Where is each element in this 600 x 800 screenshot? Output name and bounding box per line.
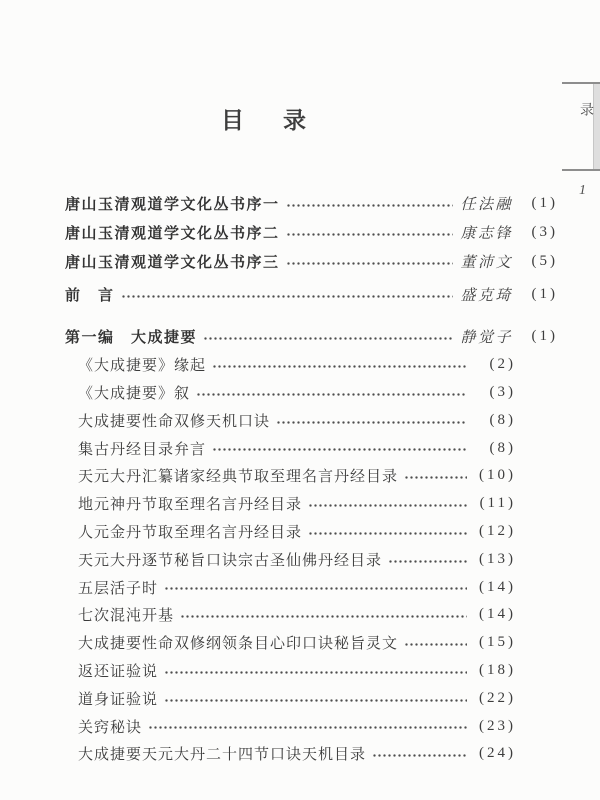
dotted-leader — [121, 280, 454, 309]
toc-entry-title: 人元金丹节取至理名言丹经目录 — [78, 521, 302, 542]
toc-entry-page: (15) — [474, 634, 516, 651]
toc-entry-page: (10) — [474, 467, 516, 484]
toc-entry: 大成捷要性命双修纲领条目心印口诀秘旨灵文 (15) — [65, 629, 555, 657]
toc-entry-page: (22) — [474, 690, 516, 707]
toc-entry: 道身证验说 (22) — [65, 684, 555, 712]
toc-entry: 人元金丹节取至理名言丹经目录 (12) — [65, 518, 555, 546]
toc-entry-title: 七次混沌开基 — [78, 604, 174, 625]
toc-entry-page: (3) — [516, 224, 558, 241]
toc-entry-page: (1) — [516, 328, 558, 345]
dotted-leader — [196, 379, 467, 407]
toc-entry-title: 五层活子时 — [78, 577, 158, 598]
toc-entry: 唐山玉清观道学文化丛书序一 任法融 (1) — [65, 189, 555, 218]
dotted-leader — [286, 247, 454, 276]
toc-entry-page: (13) — [474, 551, 516, 568]
dotted-leader — [164, 573, 467, 601]
toc-entry: 《大成捷要》缘起 (2) — [65, 351, 555, 379]
book-page: 目 录 唐山玉清观道学文化丛书序一 任法融 (1) 唐山玉清观道学文化丛书序二 … — [0, 0, 600, 800]
toc-entry-title: 大成捷要天元大丹二十四节口诀天机目录 — [78, 743, 366, 764]
toc-entry-title: 唐山玉清观道学文化丛书序二 — [65, 222, 280, 243]
toc-entry: 五层活子时 (14) — [65, 573, 555, 601]
toc-entry-page: (12) — [474, 523, 516, 540]
toc-entry-title: 《大成捷要》叙 — [78, 382, 190, 403]
toc-entry-page: (14) — [474, 579, 516, 596]
dotted-leader — [203, 323, 453, 351]
toc-entry-page: (2) — [474, 356, 516, 373]
dotted-leader — [180, 601, 467, 629]
toc-entry: 天元大丹汇纂诸家经典节取至理名言丹经目录 (10) — [65, 462, 555, 490]
toc-entry: 返还证验说 (18) — [65, 657, 555, 685]
toc-entry-title: 道身证验说 — [78, 688, 158, 709]
dotted-leader — [404, 629, 467, 657]
dotted-leader — [286, 189, 454, 218]
dotted-leader — [372, 740, 467, 768]
toc-entry-author: 静觉子 — [460, 326, 513, 347]
dotted-leader — [388, 545, 467, 573]
toc-entry: 七次混沌开基 (14) — [65, 601, 555, 629]
toc-entry-page: (8) — [474, 440, 516, 457]
toc-entry: 唐山玉清观道学文化丛书序三 董沛文 (5) — [65, 247, 555, 276]
dotted-leader — [404, 462, 467, 490]
dotted-leader — [286, 218, 454, 247]
toc-entry-page: (23) — [474, 718, 516, 735]
dotted-leader — [308, 490, 467, 518]
toc-entry-title: 关窍秘诀 — [78, 716, 142, 737]
page-title: 目 录 — [221, 102, 314, 135]
dotted-leader — [164, 657, 467, 685]
toc-entry: 大成捷要性命双修天机口诀 (8) — [65, 406, 555, 434]
folio-page-number: 1 — [579, 183, 586, 199]
toc-entry: 关窍秘诀 (23) — [65, 712, 555, 740]
toc-entry-page: (24) — [474, 745, 516, 762]
toc-list: 唐山玉清观道学文化丛书序一 任法融 (1) 唐山玉清观道学文化丛书序二 康志锋 … — [65, 189, 555, 768]
toc-entry-page: (14) — [474, 606, 516, 623]
toc-entry-page: (18) — [474, 662, 516, 679]
thumb-tab-label: 目录 — [575, 102, 600, 169]
toc-entry-title: 第一编 大成捷要 — [65, 326, 197, 347]
dotted-leader — [212, 434, 467, 462]
toc-entry-author: 董沛文 — [460, 251, 513, 272]
toc-entry-title: 唐山玉清观道学文化丛书序一 — [65, 193, 280, 214]
toc-entry-title: 返还证验说 — [78, 660, 158, 681]
dotted-leader — [212, 351, 467, 379]
toc-entry-page: (11) — [474, 495, 516, 512]
toc-entry-title: 大成捷要性命双修天机口诀 — [78, 410, 270, 431]
toc-entry-page: (1) — [516, 195, 558, 212]
toc-entry: 《大成捷要》叙 (3) — [65, 379, 555, 407]
toc-entry: 第一编 大成捷要 静觉子 (1) — [65, 323, 555, 351]
toc-entry: 唐山玉清观道学文化丛书序二 康志锋 (3) — [65, 218, 555, 247]
toc-entry: 集古丹经目录弁言 (8) — [65, 434, 555, 462]
toc-entry-title: 天元大丹汇纂诸家经典节取至理名言丹经目录 — [78, 465, 398, 486]
toc-entry-title: 集古丹经目录弁言 — [78, 438, 206, 459]
toc-entry-author: 康志锋 — [460, 222, 513, 243]
toc-entry: 地元神丹节取至理名言丹经目录 (11) — [65, 490, 555, 518]
dotted-leader — [148, 712, 467, 740]
dotted-leader — [308, 518, 467, 546]
dotted-leader — [276, 406, 467, 434]
toc-entry: 天元大丹逐节秘旨口诀宗古圣仙佛丹经目录 (13) — [65, 545, 555, 573]
toc-entry-author: 任法融 — [460, 193, 513, 214]
toc-entry-title: 大成捷要性命双修纲领条目心印口诀秘旨灵文 — [78, 632, 398, 653]
toc-entry-title: 《大成捷要》缘起 — [78, 354, 206, 375]
toc-entry-title: 前 言 — [65, 284, 115, 305]
toc-entry-title: 唐山玉清观道学文化丛书序三 — [65, 251, 280, 272]
toc-entry-title: 天元大丹逐节秘旨口诀宗古圣仙佛丹经目录 — [78, 549, 382, 570]
toc-entry-page: (3) — [474, 384, 516, 401]
toc-entry-page: (1) — [516, 286, 558, 303]
toc-entry-author: 盛克琦 — [460, 284, 513, 305]
toc-entry: 前 言 盛克琦 (1) — [65, 280, 555, 309]
toc-entry-page: (8) — [474, 412, 516, 429]
dotted-leader — [164, 684, 467, 712]
margin-thumb-tab: 目录 — [562, 82, 600, 171]
toc-entry-page: (5) — [516, 253, 558, 270]
toc-entry-title: 地元神丹节取至理名言丹经目录 — [78, 493, 302, 514]
toc-entry: 大成捷要天元大丹二十四节口诀天机目录 (24) — [65, 740, 555, 768]
